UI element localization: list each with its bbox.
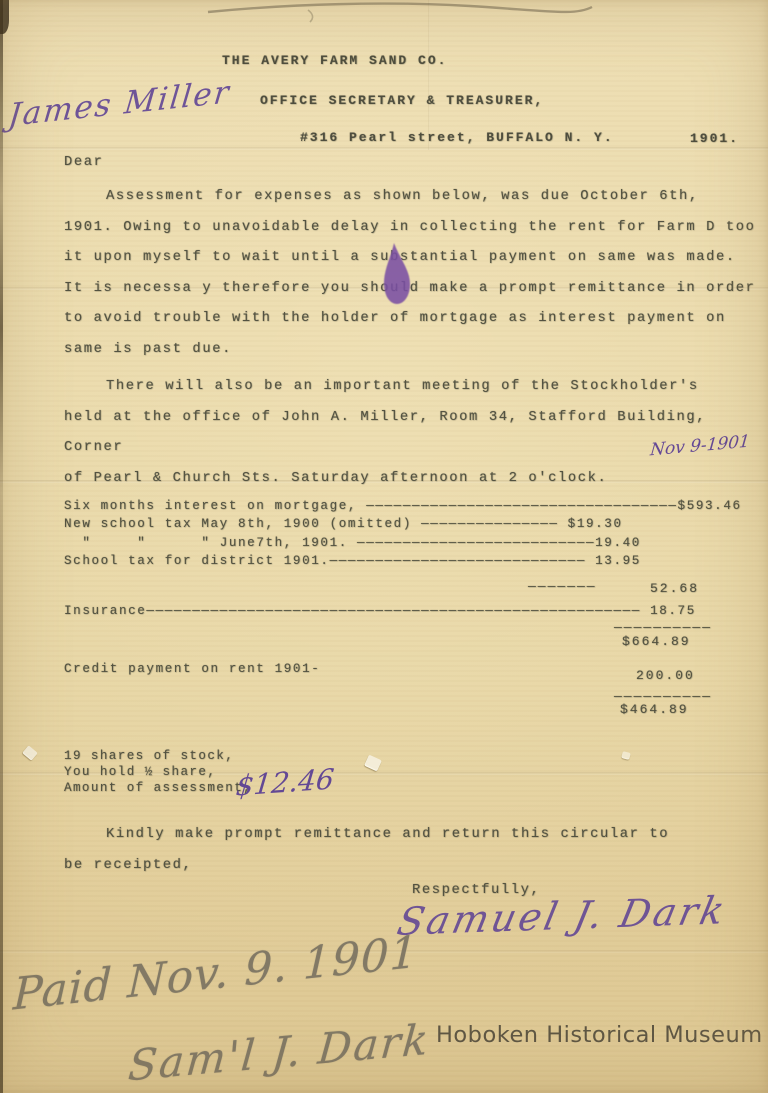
company-name: THE AVERY FARM SAND CO. <box>222 53 447 68</box>
museum-watermark: Hoboken Historical Museum <box>436 1022 763 1048</box>
closing-request: Kindly make prompt remittance and return… <box>64 820 764 881</box>
paper-hole <box>621 751 631 760</box>
shares-block: 19 shares of stock, You hold ½ share, Am… <box>64 748 252 796</box>
crease-line <box>428 0 430 150</box>
paragraph-meeting: There will also be an important meeting … <box>64 372 768 494</box>
fold-line <box>0 147 768 150</box>
year: 1901. <box>690 131 739 146</box>
total-amount: $664.89 <box>622 634 691 649</box>
paper-edge-shadow <box>0 0 3 1093</box>
total-rule: —————————— <box>614 620 712 635</box>
ink-blot <box>381 243 413 305</box>
signature-pencil: Sam'l J. Dark <box>126 1015 432 1091</box>
paragraph-assessment: Assessment for expenses as shown below, … <box>64 182 764 365</box>
subtotal-dashes: ——————— <box>528 579 597 594</box>
statement-line-schooltax-1901: " " " June7th, 1901. ———————————————————… <box>64 534 641 553</box>
office-line: OFFICE SECRETARY & TREASURER, <box>260 93 544 108</box>
insurance-line: Insurance———————————————————————————————… <box>64 602 696 621</box>
statement-line-schooltax-1900: New school tax May 8th, 1900 (omitted) —… <box>64 515 623 534</box>
credit-label: Credit payment on rent 1901- <box>64 660 320 679</box>
credit-amount: 200.00 <box>636 668 695 683</box>
pencil-scribble-top <box>180 0 610 24</box>
paid-note-handwritten: Paid Nov. 9. 1901 <box>12 926 419 1020</box>
document-scan: THE AVERY FARM SAND CO. OFFICE SECRETARY… <box>0 0 768 1093</box>
balance-amount: $464.89 <box>620 702 689 717</box>
paper-hole <box>364 755 382 772</box>
subtotal-amount: 52.68 <box>650 581 699 596</box>
recipient-handwritten-name: James Miller <box>7 74 233 134</box>
statement-line-mortgage: Six months interest on mortgage, ———————… <box>64 497 742 516</box>
salutation: Dear <box>64 148 104 179</box>
paper-hole <box>22 745 38 760</box>
address-line: #316 Pearl street, BUFFALO N. Y. <box>300 130 614 145</box>
assessment-amount-handwritten: $12.46 <box>234 762 335 802</box>
statement-line-district-tax: School tax for district 1901.———————————… <box>64 552 641 571</box>
corner-mark <box>0 0 9 34</box>
